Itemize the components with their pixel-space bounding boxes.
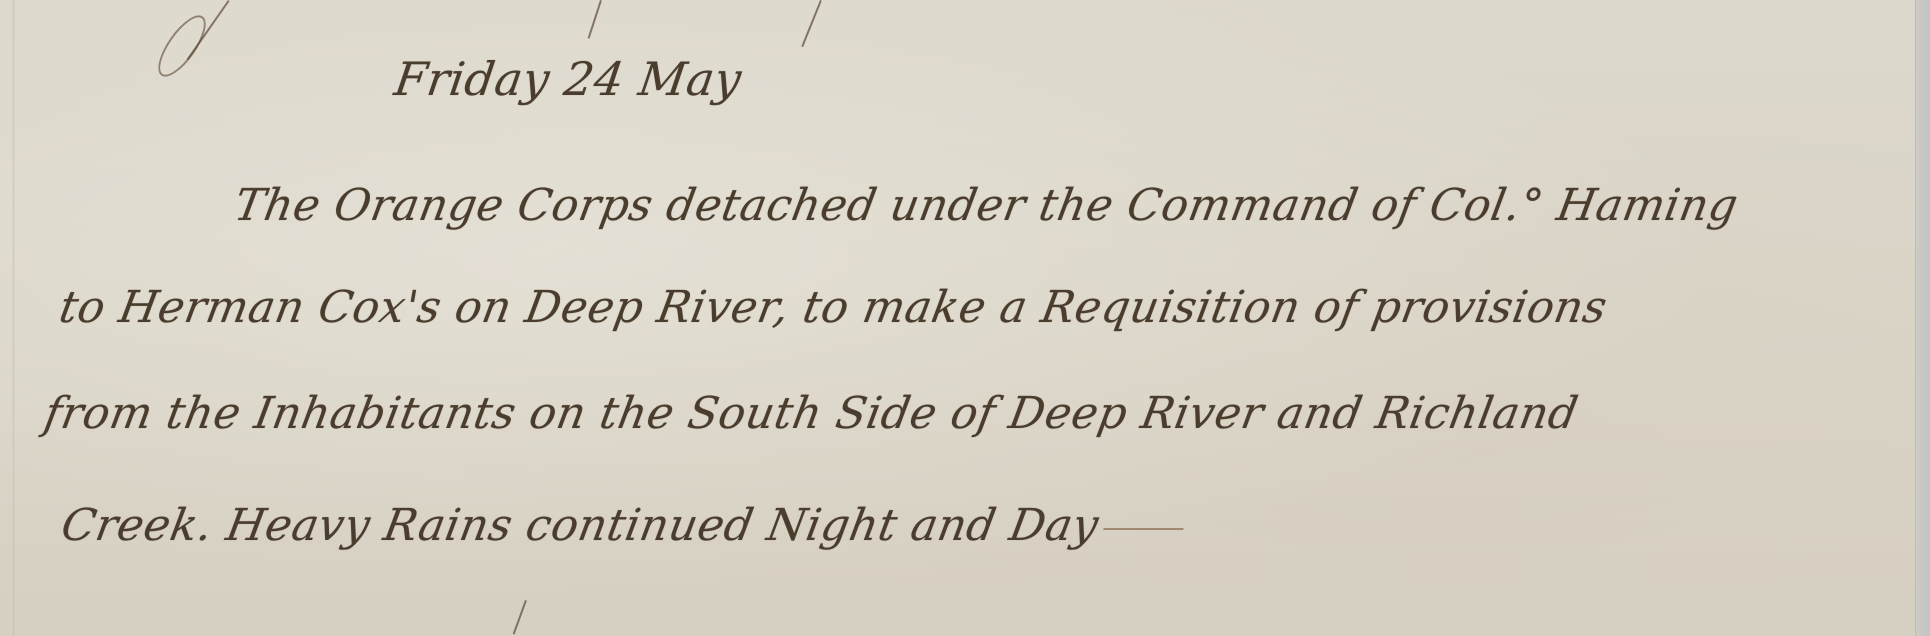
- descender-stroke: [801, 0, 822, 47]
- text-line-4: Creek. Heavy Rains continued Night and D…: [58, 500, 1189, 551]
- page-edge: [1915, 0, 1930, 636]
- line-end-dash: [1103, 528, 1183, 530]
- text-line-4-content: Creek. Heavy Rains continued Night and D…: [58, 500, 1103, 551]
- text-line-1: The Orange Corps detached under the Comm…: [231, 180, 1742, 231]
- text-line-3: from the Inhabitants on the South Side o…: [41, 388, 1582, 439]
- text-line-2: to Herman Cox's on Deep River, to make a…: [56, 282, 1612, 333]
- page-fold-shadow: [12, 0, 15, 636]
- descender-stroke: [588, 0, 602, 39]
- entry-date-heading: Friday 24 May: [391, 52, 745, 106]
- descender-stroke: [513, 600, 527, 635]
- flourish-stroke: [150, 8, 214, 83]
- manuscript-page: Friday 24 May The Orange Corps detached …: [0, 0, 1930, 636]
